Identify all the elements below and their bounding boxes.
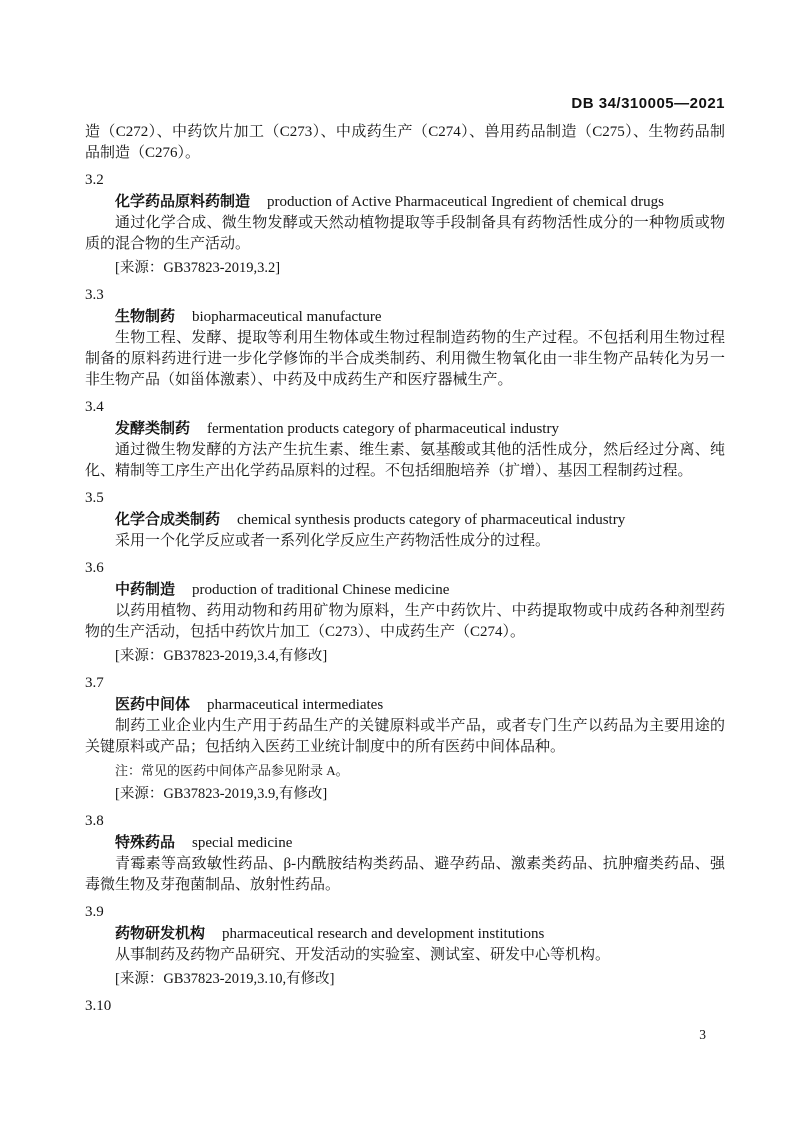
term-chinese: 生物制药 <box>115 308 175 325</box>
section-number: 3.6 <box>85 558 725 579</box>
source-reference: [来源：GB37823-2019,3.2] <box>85 258 725 279</box>
section-3-5: 3.5 化学合成类制药chemical synthesis products c… <box>85 488 725 552</box>
term-line: 药物研发机构pharmaceutical research and develo… <box>85 923 725 945</box>
term-english: production of traditional Chinese medici… <box>192 582 449 598</box>
section-number: 3.9 <box>85 902 725 923</box>
section-number: 3.8 <box>85 811 725 832</box>
standard-number-header: DB 34/310005—2021 <box>571 95 725 112</box>
term-chinese: 化学药品原料药制造 <box>115 193 250 210</box>
term-english: production of Active Pharmaceutical Ingr… <box>267 194 664 210</box>
definition-text: 通过微生物发酵的方法产生抗生素、维生素、氨基酸或其他的活性成分，然后经过分离、纯… <box>85 440 725 482</box>
definition-text: 青霉素等高致敏性药品、β-内酰胺结构类药品、避孕药品、激素类药品、抗肿瘤类药品、… <box>85 854 725 896</box>
term-chinese: 发酵类制药 <box>115 420 190 437</box>
section-3-7: 3.7 医药中间体pharmaceutical intermediates 制药… <box>85 673 725 805</box>
term-english: pharmaceutical research and development … <box>222 926 544 942</box>
term-chinese: 药物研发机构 <box>115 925 205 942</box>
section-number: 3.5 <box>85 488 725 509</box>
section-number: 3.4 <box>85 397 725 418</box>
page-number: 3 <box>699 1027 706 1043</box>
term-line: 生物制药biopharmaceutical manufacture <box>85 306 725 328</box>
section-3-6: 3.6 中药制造production of traditional Chines… <box>85 558 725 667</box>
section-3-8: 3.8 特殊药品special medicine 青霉素等高致敏性药品、β-内酰… <box>85 811 725 896</box>
section-3-9: 3.9 药物研发机构pharmaceutical research and de… <box>85 902 725 990</box>
section-3-2: 3.2 化学药品原料药制造production of Active Pharma… <box>85 170 725 279</box>
note-text: 注：常见的医药中间体产品参见附录 A。 <box>85 760 725 781</box>
source-reference: [来源：GB37823-2019,3.4,有修改] <box>85 646 725 667</box>
definition-text: 生物工程、发酵、提取等利用生物体或生物过程制造药物的生产过程。不包括利用生物过程… <box>85 328 725 391</box>
term-english: fermentation products category of pharma… <box>207 421 559 437</box>
term-chinese: 特殊药品 <box>115 834 175 851</box>
term-line: 特殊药品special medicine <box>85 832 725 854</box>
term-english: special medicine <box>192 835 292 851</box>
definition-text: 以药用植物、药用动物和药用矿物为原料，生产中药饮片、中药提取物或中成药各种剂型药… <box>85 601 725 643</box>
definition-text: 制药工业企业内生产用于药品生产的关键原料或半产品，或者专门生产以药品为主要用途的… <box>85 716 725 758</box>
definition-text: 采用一个化学反应或者一系列化学反应生产药物活性成分的过程。 <box>85 531 725 552</box>
term-chinese: 医药中间体 <box>115 696 190 713</box>
section-3-3: 3.3 生物制药biopharmaceutical manufacture 生物… <box>85 285 725 391</box>
section-3-4: 3.4 发酵类制药fermentation products category … <box>85 397 725 482</box>
term-chinese: 中药制造 <box>115 581 175 598</box>
source-reference: [来源：GB37823-2019,3.10,有修改] <box>85 969 725 990</box>
term-english: pharmaceutical intermediates <box>207 697 383 713</box>
definition-text: 通过化学合成、微生物发酵或天然动植物提取等手段制备具有药物活性成分的一种物质或物… <box>85 213 725 255</box>
document-page: { "page": { "header": "DB 34/310005—2021… <box>0 0 793 1122</box>
term-line: 化学药品原料药制造production of Active Pharmaceut… <box>85 191 725 213</box>
section-number: 3.10 <box>85 996 725 1017</box>
term-chinese: 化学合成类制药 <box>115 511 220 528</box>
term-english: biopharmaceutical manufacture <box>192 309 382 325</box>
term-line: 化学合成类制药chemical synthesis products categ… <box>85 509 725 531</box>
term-line: 医药中间体pharmaceutical intermediates <box>85 694 725 716</box>
source-reference: [来源：GB37823-2019,3.9,有修改] <box>85 784 725 805</box>
definition-text: 从事制药及药物产品研究、开发活动的实验室、测试室、研发中心等机构。 <box>85 945 725 966</box>
section-number: 3.3 <box>85 285 725 306</box>
term-line: 发酵类制药fermentation products category of p… <box>85 418 725 440</box>
section-number: 3.7 <box>85 673 725 694</box>
continuation-paragraph: 造（C272）、中药饮片加工（C273）、中成药生产（C274）、兽用药品制造（… <box>85 122 725 164</box>
section-3-10: 3.10 <box>85 996 725 1017</box>
term-english: chemical synthesis products category of … <box>237 512 625 528</box>
section-number: 3.2 <box>85 170 725 191</box>
document-body: 造（C272）、中药饮片加工（C273）、中成药生产（C274）、兽用药品制造（… <box>85 122 725 1017</box>
term-line: 中药制造production of traditional Chinese me… <box>85 579 725 601</box>
